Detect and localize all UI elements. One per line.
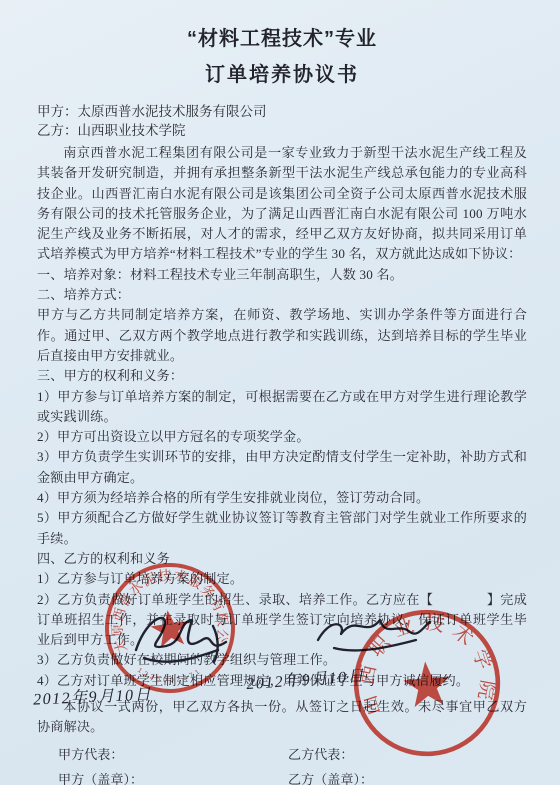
parties-block: 甲方：太原西普水泥技术服务有限公司 乙方：山西职业技术学院 bbox=[37, 102, 527, 140]
clause-9: 5）甲方须配合乙方做好学生就业协议签订等教育主管部门对学生就业工作所要求的手续。 bbox=[37, 508, 527, 549]
clause-5: 1）甲方参与订单培养方案的制定，可根据需要在乙方或在甲方对学生进行理论教学或实践… bbox=[37, 387, 527, 428]
clause-3: 甲方与乙方共同制定培养方案，在师资、教学场地、实训办学条件等方面进行合作。通过甲… bbox=[37, 305, 527, 366]
clause-10: 四、乙方的权利和义务 bbox=[37, 549, 527, 569]
party-b-line: 乙方：山西职业技术学院 bbox=[37, 121, 527, 140]
clause-12: 2）乙方负责做好订单班学生的招生、录取、培养工作。乙方应在【 】完成订单班招生工… bbox=[37, 590, 527, 651]
clause-1: 一、培养对象：材料工程技术专业三年制高职生，人数 30 名。 bbox=[37, 265, 527, 285]
clause-11: 1）乙方参与订单培养方案的制定。 bbox=[37, 569, 527, 589]
party-a-seal-label: 甲方（盖章）： bbox=[37, 767, 282, 785]
signature-block: 甲方代表： 乙方代表： 甲方（盖章）： 乙方（盖章）： bbox=[37, 742, 527, 785]
intro-paragraph: 南京西普水泥工程集团有限公司是一家专业致力于新型干法水泥生产线工程及其装备开发研… bbox=[37, 143, 527, 265]
document-title-line2: 订单培养协议书 bbox=[37, 60, 527, 90]
document-page: “材料工程技术”专业 订单培养协议书 甲方：太原西普水泥技术服务有限公司 乙方：… bbox=[0, 0, 560, 785]
clause-4: 三、甲方的权利和义务： bbox=[37, 366, 527, 386]
clause-7: 3）甲方负责学生实训环节的安排，由甲方决定酌情支付学生一定补助，补助方式和金额由… bbox=[37, 447, 527, 488]
clause-2: 二、培养方式： bbox=[37, 285, 527, 305]
party-a-rep-label: 甲方代表： bbox=[37, 742, 282, 767]
clause-6: 2）甲方可出资设立以甲方冠名的专项奖学金。 bbox=[37, 427, 527, 447]
clause-8: 4）甲方须为经培养合格的所有学生安排就业岗位，签订劳动合同。 bbox=[37, 488, 527, 508]
party-a-line: 甲方：太原西普水泥技术服务有限公司 bbox=[37, 102, 527, 121]
document-title-line1: “材料工程技术”专业 bbox=[37, 24, 527, 54]
party-b-seal-label: 乙方（盖章）： bbox=[282, 767, 527, 785]
scanned-agreement-page: { "document": { "title_line1": "“材料工程技术”… bbox=[0, 0, 560, 785]
party-b-rep-label: 乙方代表： bbox=[282, 742, 527, 767]
